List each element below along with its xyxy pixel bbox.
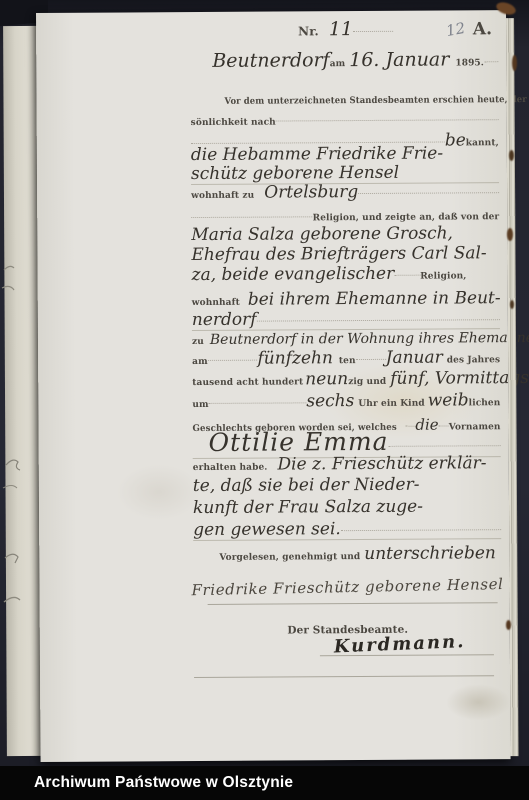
dotted-leader [341,529,501,531]
declarant-line-2: schütz geborene Hensel [191,163,399,184]
dotted-leader [276,119,499,121]
dotted-leader [208,360,258,361]
dotted-leader [191,216,312,218]
residence-label: wohnhaft zu [191,191,254,201]
dotted-leader [358,192,499,194]
rule-line [320,654,494,656]
book-edge-stain [510,300,514,309]
dotted-leader [209,402,307,404]
page-number: 12 [444,19,466,40]
book-edge-stain [509,150,514,161]
spacer [194,650,334,651]
ten-suffix: ten [339,356,356,366]
residence-value: Ortelsburg [264,182,358,203]
month-value: Januar [386,348,443,368]
gender-value: weib [428,390,469,410]
dotted-leader [394,275,420,276]
thousand-label: tausend acht hundert [192,377,303,388]
residence2-label: wohnhaft [192,298,240,308]
child-names: Ottilie Emma [209,427,389,457]
dotted-leader [484,61,498,62]
am-label: am [330,59,346,69]
closing-hw: unterschrieben [364,543,496,564]
mother-line-2: Ehefrau des Briefträgers Carl Sal- [191,243,486,265]
ninety-value: neun [305,369,348,389]
dotted-leader [356,359,386,360]
note-line-4: gen gewesen sei. [193,519,341,540]
lichen-label: lichen [469,398,501,408]
uhr-label: Uhr ein Kind [358,399,424,409]
archive-bar-label: Archiwum Państwowe w Olsztynie [34,774,293,792]
erhalten-label: erhalten habe. [193,463,268,473]
section-letter: A. [473,19,492,39]
rule-line [208,602,498,605]
archival-scan: Nr. 11 12 A. Beutnerdorf am 16. Januar 1… [0,0,529,800]
book-edge-stain [506,620,511,630]
book-edge-stain [507,228,513,241]
record-number-label: Nr. [298,24,319,38]
day-value: fünfzehn [257,348,333,368]
mother-line-1: Maria Salza geborene Grosch, [191,223,453,245]
um-label: um [192,400,208,410]
rule-line [194,675,494,678]
mother-line-3: za, beide evangelischer [192,264,395,285]
declarant-signature: Friedrike Frieschütz geborene Hensel [191,575,503,599]
am2-label: am [192,357,208,367]
residence2-value-1: bei ihrem Ehemanne in Beut- [248,288,501,310]
date-value: 16. Januar [349,48,449,71]
note-line-1: Die z. Frieschütz erklär- [277,453,486,474]
archive-bar: Archiwum Państwowe w Olsztynie [0,766,529,800]
residence2-value-2: nerdorf [192,310,257,330]
dotted-leader [353,31,393,32]
record-number-value: 11 [329,18,353,40]
religion-label: Religion, [420,271,466,281]
dotted-leader [257,319,500,321]
birthplace-value: Beutnerdorf in der Wohnung ihres Ehemann… [210,330,529,348]
place-name: Beutnerdorf [212,49,329,72]
bleed-through-marks [0,240,30,620]
year-value: 1895. [455,58,484,68]
five-value: fünf, Vormittags [390,368,529,389]
hour-value: sechs [306,391,354,411]
register-page: Nr. 11 12 A. Beutnerdorf am 16. Januar 1… [36,10,511,762]
book-edge-stain [512,55,517,71]
religion-intro: Religion, und zeigte an, daß von der [313,212,500,223]
birthplace-label: zu [192,337,204,347]
closing-printed: Vorgelesen, genehmigt und [219,552,360,563]
intro-line-2: sönlichkeit nach [191,118,276,129]
note-line-2: te, daß sie bei der Nieder- [193,475,420,496]
intro-line-1: Vor dem unterzeichneten Standesbeamten e… [225,95,529,107]
dotted-leader [389,445,501,447]
zig-label: zig und [348,377,386,387]
year-intro: des Jahres [447,355,500,365]
note-line-3: kunft der Frau Salza zuge- [193,497,423,518]
